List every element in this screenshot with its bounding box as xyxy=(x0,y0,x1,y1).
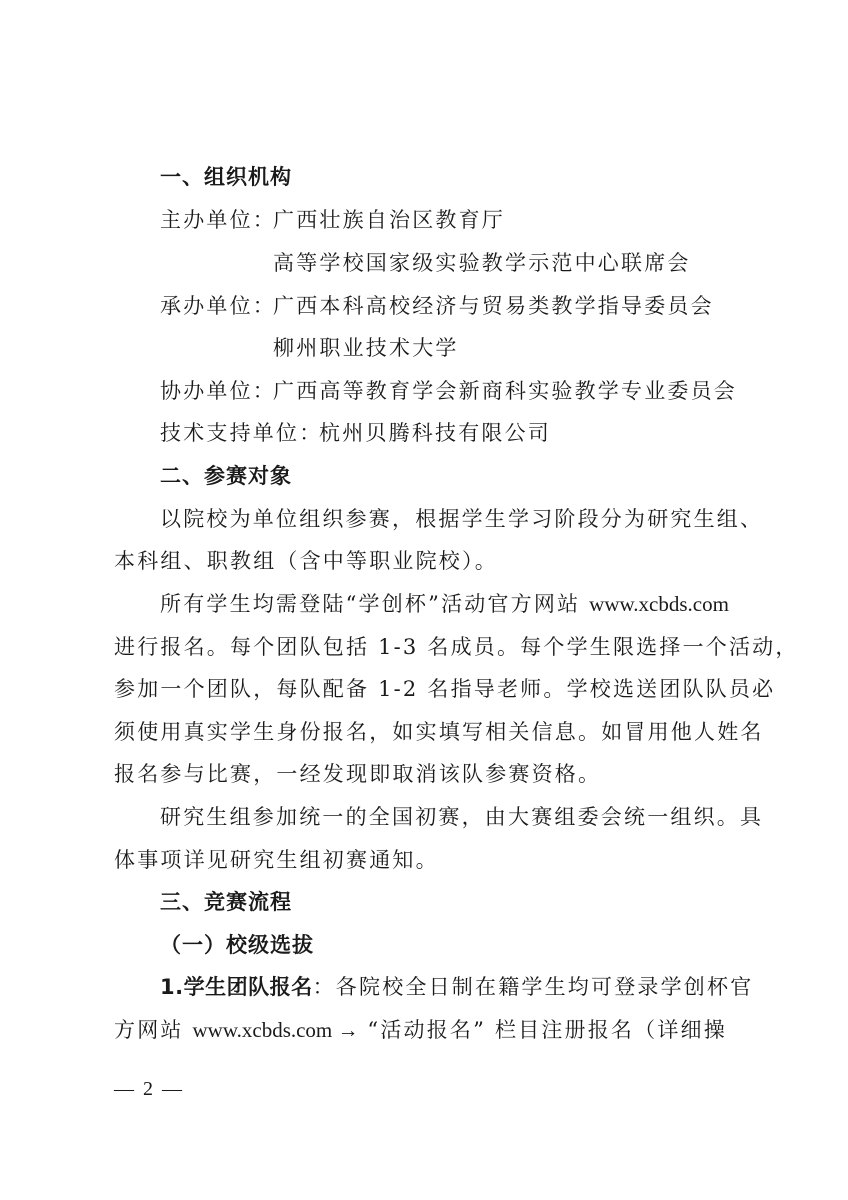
paragraph-line: 所有学生均需登陆“学创杯”活动官方网站 www.xcbds.com xyxy=(160,589,729,619)
paragraph-text: 所有学生均需登陆“学创杯”活动官方网站 xyxy=(160,592,589,616)
paragraph-line: 须使用真实学生身份报名，如实填写相关信息。如冒用他人姓名 xyxy=(114,717,764,747)
paragraph-line: 报名参与比赛，一经发现即取消该队参赛资格。 xyxy=(114,759,601,789)
organizer-label: 承办单位： xyxy=(160,291,276,321)
section-heading-process: 三、竞赛流程 xyxy=(160,887,292,917)
paragraph-line: 进行报名。每个团队包括 1-3 名成员。每个学生限选择一个活动， xyxy=(114,632,799,662)
paragraph-line: 体事项详见研究生组初赛通知。 xyxy=(114,845,439,875)
section-heading-organization: 一、组织机构 xyxy=(160,162,292,192)
host-org-1: 广西壮族自治区教育厅 xyxy=(273,205,505,235)
website-url: www.xcbds.com → xyxy=(192,1018,358,1042)
paragraph-text: 方网站 xyxy=(114,1018,192,1042)
co-organizer-label: 协办单位： xyxy=(160,376,276,406)
paragraph-line: 研究生组参加统一的全国初赛，由大赛组委会统一组织。具 xyxy=(160,802,763,832)
tech-support-org: 杭州贝腾科技有限公司 xyxy=(319,418,551,448)
subsection-heading-school-selection: （一）校级选拔 xyxy=(160,930,314,960)
host-org-2: 高等学校国家级实验教学示范中心联席会 xyxy=(273,248,691,278)
item-label: 1.学生团队报名 xyxy=(160,975,313,999)
tech-support-label: 技术支持单位： xyxy=(160,418,322,448)
paragraph-line: 方网站 www.xcbds.com → “活动报名” 栏目注册报名（详细操 xyxy=(114,1015,727,1045)
host-label: 主办单位： xyxy=(160,205,276,235)
paragraph-text: “活动报名” 栏目注册报名（详细操 xyxy=(359,1018,727,1042)
website-url: www.xcbds.com xyxy=(589,592,729,616)
section-heading-participants: 二、参赛对象 xyxy=(160,461,292,491)
organizer-org-2: 柳州职业技术大学 xyxy=(273,333,459,363)
organizer-org-1: 广西本科高校经济与贸易类教学指导委员会 xyxy=(273,291,714,321)
paragraph-line: 以院校为单位组织参赛，根据学生学习阶段分为研究生组、 xyxy=(160,504,763,534)
paragraph-line: 参加一个团队，每队配备 1-2 名指导老师。学校选送团队队员必 xyxy=(114,674,775,704)
co-organizer-org: 广西高等教育学会新商科实验教学专业委员会 xyxy=(273,376,737,406)
paragraph-text: ：各院校全日制在籍学生均可登录学创杯官 xyxy=(313,975,754,999)
page-number: — 2 — xyxy=(114,1075,184,1103)
paragraph-line: 1.学生团队报名：各院校全日制在籍学生均可登录学创杯官 xyxy=(160,972,753,1002)
paragraph-line: 本科组、职教组（含中等职业院校）。 xyxy=(114,546,498,576)
